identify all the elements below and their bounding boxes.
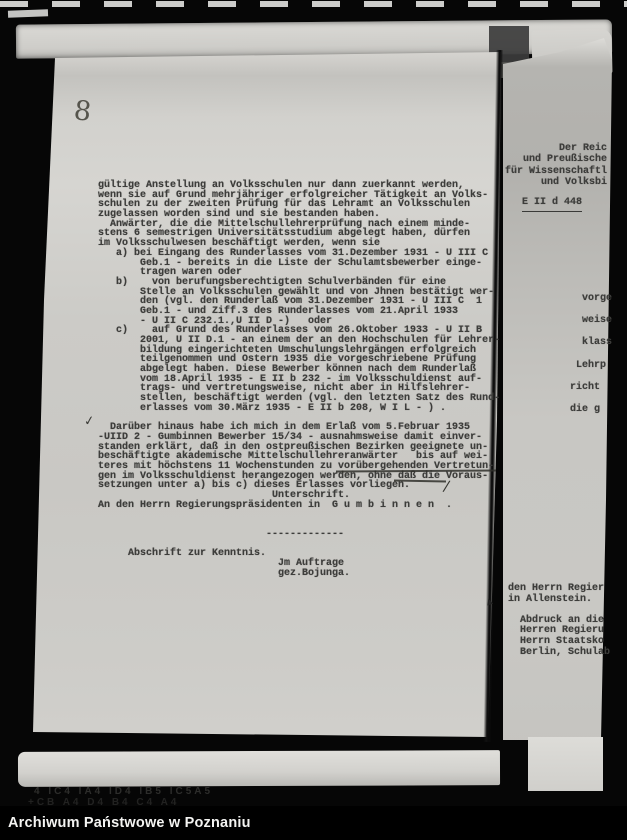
bottom-page-edge <box>18 750 500 787</box>
film-code-row-1: 4 IC4 IA4 ID4 IB5 IC5A5 <box>34 786 213 797</box>
archival-scan-frame: 8 gültige Anstellung an Volksschulen nur… <box>0 0 627 840</box>
right-page-letterhead: Der Reic und Preußische für Wissenschaft… <box>505 143 607 189</box>
typewritten-letter-body: gültige Anstellung an Volksschulen nur d… <box>98 181 500 578</box>
archive-name-label: Archiwum Państwowe w Poznaniu <box>8 815 251 831</box>
caption-bar: Archiwum Państwowe w Poznaniu <box>0 806 627 840</box>
file-reference: E II d 448 <box>522 197 582 212</box>
right-page-address-block: den Herrn Regier in Allenstein. Abdruck … <box>508 584 610 658</box>
hand-tick-mark: ✓ <box>83 413 96 429</box>
film-sprocket-strip <box>0 1 627 7</box>
film-edge-mark <box>8 9 48 17</box>
right-page-margin-notes: vorge weise klass Lehrp richt die g <box>570 288 612 421</box>
bottom-right-page-corner <box>528 737 603 791</box>
